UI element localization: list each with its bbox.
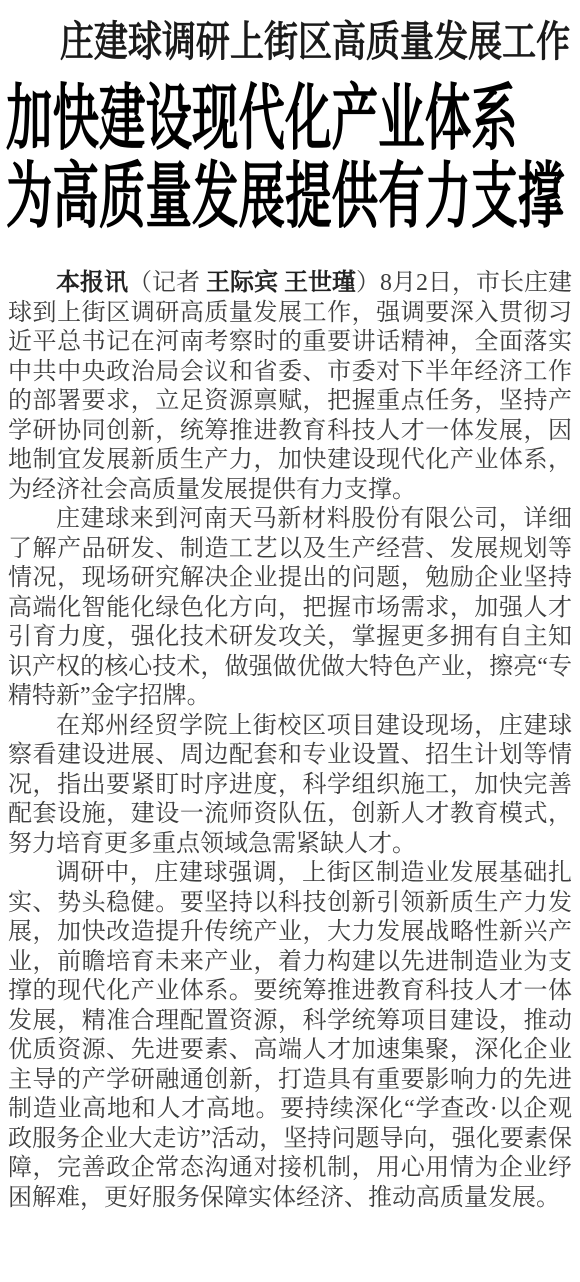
newspaper-article-page: 庄建球调研上街区高质量发展工作 加快建设现代化产业体系 为高质量发展提供有力支撑… xyxy=(0,0,580,1282)
intro-paragraph: 本报讯（记者 王际宾 王世瑾）8月2日，市长庄建球到上街区调研高质量发展工作，强… xyxy=(8,269,572,505)
paragraph-college-site: 在郑州经贸学院上街校区项目建设现场，庄建球察看建设进展、周边配套和专业设置、招生… xyxy=(8,712,572,860)
headline-line-1: 加快建设现代化产业体系 xyxy=(6,80,377,158)
article-kicker: 庄建球调研上街区高质量发展工作 xyxy=(60,20,570,64)
kicker-row: 庄建球调研上街区高质量发展工作 xyxy=(0,0,580,64)
article-body: 本报讯（记者 王际宾 王世瑾）8月2日，市长庄建球到上街区调研高质量发展工作，强… xyxy=(8,269,572,1213)
reporter-names: 王际宾 王世瑾 xyxy=(206,270,356,296)
paragraph-company-visit: 庄建球来到河南天马新材料股份有限公司，详细了解产品研发、制造工艺以及生产经营、发… xyxy=(8,505,572,712)
paragraph-research-summary: 调研中，庄建球强调，上街区制造业发展基础扎实、势头稳健。要坚持以科技创新引领新质… xyxy=(8,859,572,1213)
intro-text: ）8月2日，市长庄建球到上街区调研高质量发展工作，强调要深入贯彻习近平总书记在河… xyxy=(8,270,572,503)
headline-line-2: 为高质量发展提供有力支撑 xyxy=(6,158,377,236)
article-headline: 加快建设现代化产业体系 为高质量发展提供有力支撑 xyxy=(6,80,580,236)
byline-prefix: （记者 xyxy=(128,270,206,296)
lead-in-label: 本报讯 xyxy=(56,270,128,296)
